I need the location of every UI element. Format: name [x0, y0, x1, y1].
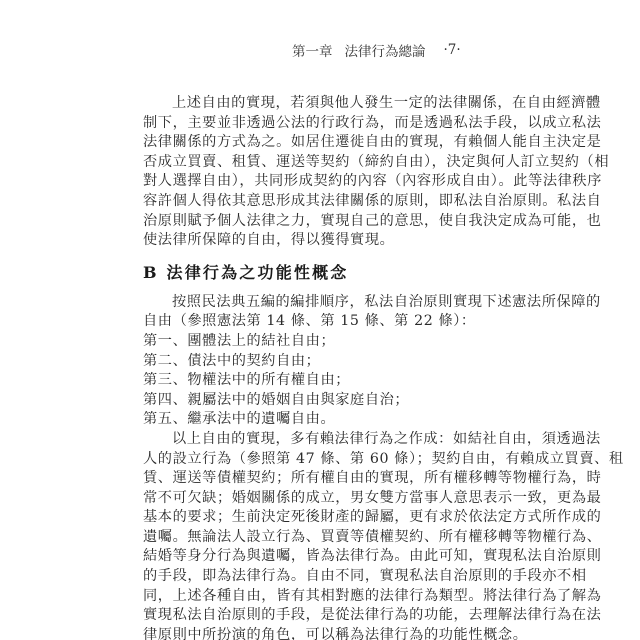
text-line: 以上自由的實現，多有賴法律行為之作成：如結社自由，須透過法	[143, 430, 501, 450]
text-line: 使法律所保障的自由，得以獲得實現。	[143, 231, 501, 251]
chapter-label: 第一章	[292, 40, 333, 60]
list-item: 第四、親屬法中的婚姻自由與家庭自治；	[143, 391, 501, 411]
text-line: 自由（參照憲法第 14 條、第 15 條、第 22 條）：	[143, 312, 501, 332]
paragraph-functional-concept: 以上自由的實現，多有賴法律行為之作成：如結社自由，須透過法 人的設立行為（參照第…	[143, 430, 501, 640]
text-line: 按照民法典五編的編排順序，私法自治原則實現下述憲法所保障的	[143, 293, 501, 313]
text-line: 法律關係的方式為之。如居住遷徙自由的實現，有賴個人能自主決定是	[143, 133, 501, 153]
text-line: 上述自由的實現，若須與他人發生一定的法律關係，在自由經濟體	[143, 94, 501, 114]
text-line: 容許個人得依其意思形成其法律關係的原則，即私法自治原則。私法自	[143, 192, 501, 212]
text-line: 同，上述各種自由，皆有其相對應的法律行為類型。將法律行為了解為	[143, 587, 501, 607]
text-line: 常不可欠缺；婚姻關係的成立，男女雙方當事人意思表示一致，更為最	[143, 489, 501, 509]
list-item: 第三、物權法中的所有權自由；	[143, 371, 501, 391]
page-number: ·7·	[444, 42, 461, 58]
text-line: 治原則賦予個人法律之力，實現自己的意思，使自我決定成為可能，也	[143, 212, 501, 232]
page-body: 上述自由的實現，若須與他人發生一定的法律關係，在自由經濟體 制下，主要並非透過公…	[143, 94, 501, 640]
list-item: 第五、繼承法中的遺囑自由。	[143, 410, 501, 430]
text-line: 人的設立行為（參照第 47 條、第 60 條）；契約自由，有賴成立買賣、租	[143, 450, 501, 470]
running-header: 第一章 法律行為總論 ·7·	[292, 40, 506, 60]
text-line: 遺囑。無論法人設立行為、買賣等債權契約、所有權移轉等物權行為、	[143, 528, 501, 548]
text-line: 否成立買賣、租賃、運送等契約（締約自由），決定與何人訂立契約（相	[143, 153, 501, 173]
paragraph-freedoms-list: 按照民法典五編的編排順序，私法自治原則實現下述憲法所保障的 自由（參照憲法第 1…	[143, 293, 501, 430]
text-line: 的手段，即為法律行為。自由不同，實現私法自治原則的手段亦不相	[143, 567, 501, 587]
text-line: 結婚等身分行為與遺囑，皆為法律行為。由此可知，實現私法自治原則	[143, 547, 501, 567]
paragraph-private-autonomy: 上述自由的實現，若須與他人發生一定的法律關係，在自由經濟體 制下，主要並非透過公…	[143, 94, 501, 251]
chapter-title: 法律行為總論	[345, 40, 426, 60]
text-line: 賃、運送等債權契約；所有權自由的實現，所有權移轉等物權行為，時	[143, 469, 501, 489]
text-line: 實現私法自治原則的手段，是從法律行為的功能，去理解法律行為在法	[143, 606, 501, 626]
section-heading: B 法律行為之功能性概念	[143, 253, 501, 293]
text-line: 律原則中所扮演的角色，可以稱為法律行為的功能性概念。	[143, 626, 501, 640]
text-line: 對人選擇自由），共同形成契約的內容（內容形成自由）。此等法律秩序	[143, 172, 501, 192]
list-item: 第二、債法中的契約自由；	[143, 352, 501, 372]
list-item: 第一、團體法上的結社自由；	[143, 332, 501, 352]
text-line: 制下，主要並非透過公法的行政行為，而是透過私法手段，以成立私法	[143, 114, 501, 134]
text-line: 基本的要求；生前決定死後財產的歸屬，更有求於依法定方式所作成的	[143, 508, 501, 528]
